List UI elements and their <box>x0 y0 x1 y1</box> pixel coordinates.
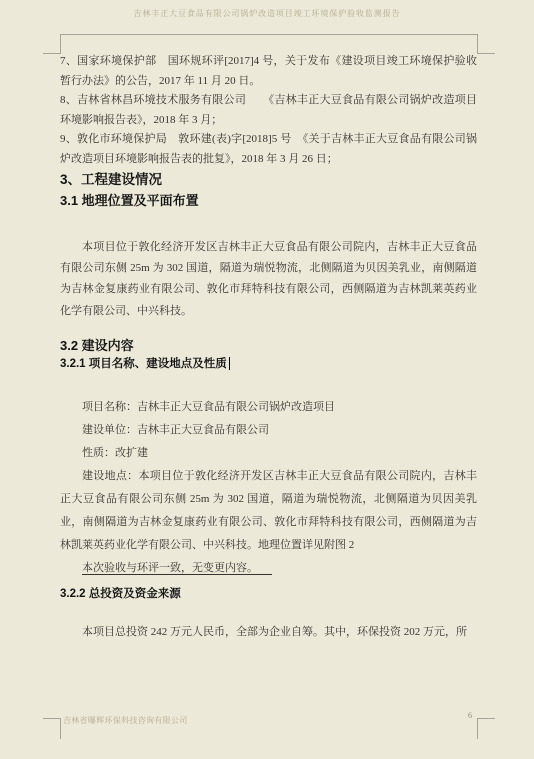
page-number: 6 <box>468 711 472 720</box>
crop-mark-bottom-right-horizontal <box>477 718 495 719</box>
field-project-name[interactable]: 项目名称：吉林丰正大豆食品有限公司锅炉改造项目 <box>60 396 477 419</box>
crop-mark-top-left-horizontal <box>43 53 61 54</box>
reference-item-7[interactable]: 7、国家环境保护部 国环规环评[2017]4 号，关于发布《建设项目竣工环境保护… <box>60 52 477 91</box>
project-fields: 项目名称：吉林丰正大豆食品有限公司锅炉改造项目 建设单位：吉林丰正大豆食品有限公… <box>60 396 477 557</box>
section-heading-3-2-1-label: 3.2.1 项目名称、建设地点及性质 <box>60 358 227 370</box>
footer-company-name: 吉林省曝辉环保科技咨询有限公司 <box>63 715 188 726</box>
acceptance-note[interactable]: 本次验收与环评一致，无变更内容。 <box>60 557 477 580</box>
document-body[interactable]: 7、国家环境保护部 国环规环评[2017]4 号，关于发布《建设项目竣工环境保护… <box>60 52 477 643</box>
crop-mark-top-right-horizontal <box>477 53 495 54</box>
crop-mark-bottom-left-horizontal <box>43 718 61 719</box>
investment-paragraph[interactable]: 本项目总投资 242 万元人民币，全部为企业自筹。其中，环保投资 202 万元，… <box>60 622 477 643</box>
acceptance-note-text: 本次验收与环评一致，无变更内容。 <box>82 562 272 575</box>
crop-mark-top-left-vertical <box>60 34 61 53</box>
reference-item-8[interactable]: 8、吉林省林昌环境技术服务有限公司 《吉林丰正大豆食品有限公司锅炉改造项目环境影… <box>60 91 477 130</box>
field-project-nature[interactable]: 性质：改扩建 <box>60 442 477 465</box>
field-construction-site[interactable]: 建设地点：本项目位于敦化经济开发区吉林丰正大豆食品有限公司院内，吉林丰正大豆食品… <box>60 465 477 557</box>
text-boundary-top-line <box>60 34 477 35</box>
section-heading-3-2-2[interactable]: 3.2.2 总投资及资金来源 <box>60 586 477 602</box>
text-cursor <box>229 357 231 370</box>
crop-mark-bottom-right-vertical <box>477 718 478 739</box>
field-construction-unit[interactable]: 建设单位：吉林丰正大豆食品有限公司 <box>60 419 477 442</box>
location-paragraph[interactable]: 本项目位于敦化经济开发区吉林丰正大豆食品有限公司院内，吉林丰正大豆食品有限公司东… <box>60 237 477 322</box>
section-heading-3-2[interactable]: 3.2 建设内容 <box>60 336 477 356</box>
section-heading-3[interactable]: 3、工程建设情况 <box>60 169 477 191</box>
section-heading-3-1[interactable]: 3.1 地理位置及平面布置 <box>60 191 477 211</box>
document-page: 吉林丰正大豆食品有限公司锅炉改造项目竣工环境保护验收监测报告 7、国家环境保护部… <box>0 0 534 759</box>
reference-item-9[interactable]: 9、敦化市环境保护局 敦环建(表)字[2018]5 号 《关于吉林丰正大豆食品有… <box>60 130 477 169</box>
crop-mark-bottom-left-vertical <box>60 718 61 739</box>
running-header-title: 吉林丰正大豆食品有限公司锅炉改造项目竣工环境保护验收监测报告 <box>0 8 534 19</box>
section-heading-3-2-1[interactable]: 3.2.1 项目名称、建设地点及性质 <box>60 356 477 372</box>
crop-mark-top-right-vertical <box>477 34 478 53</box>
